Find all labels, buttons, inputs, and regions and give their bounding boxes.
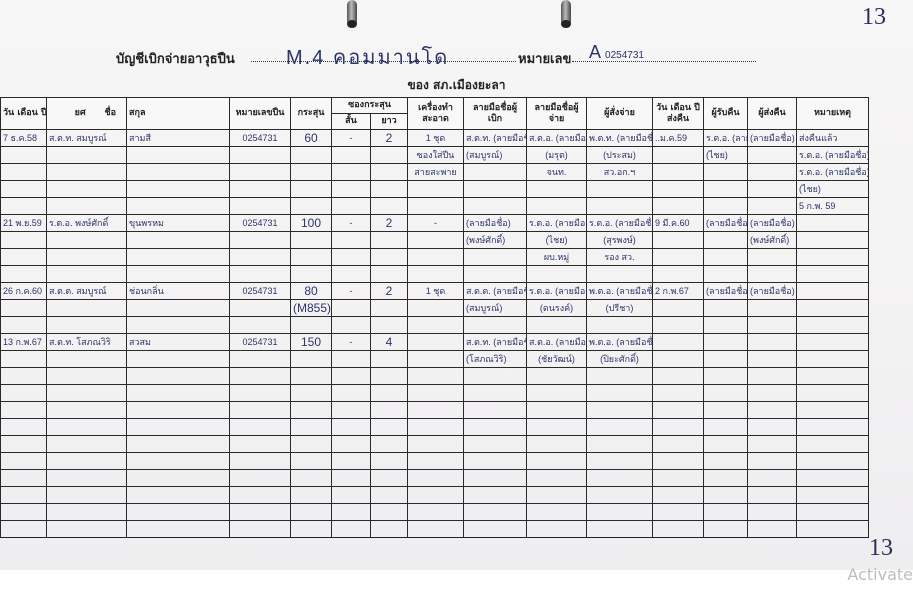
cell-cleaning-kit: 1 ชุด [408, 130, 464, 147]
cell-remarks: (ไชย) [797, 181, 869, 198]
cell-cleaning-kit [408, 368, 464, 385]
cell-surname [127, 317, 230, 334]
col-remarks: หมายเหตุ [797, 98, 869, 130]
cell-gun-number [230, 385, 291, 402]
cell-date [1, 487, 47, 504]
cell-authorizer [587, 453, 653, 470]
cell-bullets [291, 249, 332, 266]
cell-cleaning-kit [408, 436, 464, 453]
cell-return-date [653, 266, 704, 283]
cell-authorizer [587, 487, 653, 504]
cell-gun-number [230, 249, 291, 266]
cell-bullets [291, 385, 332, 402]
cell-remarks: ส่งคืนแล้ว [797, 130, 869, 147]
cell-remarks [797, 521, 869, 538]
cell-receiver [704, 453, 748, 470]
cell-issuer-signature: (มรุต) [527, 147, 587, 164]
cell-magazine-long [371, 470, 408, 487]
cell-bullets [291, 181, 332, 198]
cell-remarks [797, 283, 869, 300]
cell-returner [748, 368, 797, 385]
cell-magazine-short: - [332, 334, 371, 351]
cell-bullets [291, 164, 332, 181]
cell-issuer-signature [527, 198, 587, 215]
cell-cleaning-kit: สายสะพาย [408, 164, 464, 181]
cell-authorizer: พ.ต.อ. (ลายมือชื่อ) [587, 334, 653, 351]
cell-gun-number [230, 419, 291, 436]
cell-withdrawer-signature [464, 368, 527, 385]
cell-magazine-short [332, 521, 371, 538]
cell-bullets [291, 504, 332, 521]
cell-returner [748, 470, 797, 487]
cell-receiver [704, 504, 748, 521]
cell-gun-number [230, 436, 291, 453]
ledger-title-line: บัญชีเบิกจ่ายอาวุธปืน M.4 คอมมานโด หมายเ… [116, 44, 756, 66]
cell-gun-number: 0254731 [230, 215, 291, 232]
cell-cleaning-kit [408, 198, 464, 215]
cell-return-date [653, 317, 704, 334]
cell-authorizer [587, 470, 653, 487]
cell-gun-number: 0254731 [230, 334, 291, 351]
cell-surname [127, 181, 230, 198]
cell-magazine-short [332, 198, 371, 215]
cell-withdrawer-signature [464, 164, 527, 181]
table-row: (พงษ์ศักดิ์)(ไชย)(สุรพงษ์)(พงษ์ศักดิ์) [1, 232, 869, 249]
cell-issuer-signature: ร.ต.อ. (ลายมือชื่อ) [527, 283, 587, 300]
cell-cleaning-kit [408, 453, 464, 470]
cell-magazine-short [332, 453, 371, 470]
table-row [1, 368, 869, 385]
cell-cleaning-kit [408, 402, 464, 419]
ledger-label: บัญชีเบิกจ่ายอาวุธปืน [116, 48, 235, 69]
col-name: ชื่อ [104, 108, 116, 118]
cell-bullets [291, 368, 332, 385]
col-receiver: ผู้รับคืน [704, 98, 748, 130]
cell-remarks [797, 470, 869, 487]
cell-receiver [704, 249, 748, 266]
cell-magazine-long [371, 453, 408, 470]
cell-remarks [797, 402, 869, 419]
cell-surname [127, 521, 230, 538]
cell-authorizer [587, 521, 653, 538]
cell-return-date [653, 470, 704, 487]
cell-gun-number [230, 300, 291, 317]
table-row: ผบ.หมู่รอง สว. [1, 249, 869, 266]
cell-magazine-long: 4 [371, 334, 408, 351]
cell-date [1, 470, 47, 487]
cell-returner [748, 334, 797, 351]
cell-gun-number [230, 147, 291, 164]
cell-issuer-signature: (ไชย) [527, 232, 587, 249]
cell-surname [127, 504, 230, 521]
col-rank-name: ยศ ชื่อ [47, 98, 127, 130]
cell-receiver [704, 351, 748, 368]
cell-return-date [653, 147, 704, 164]
cell-receiver [704, 419, 748, 436]
cell-date: 21 พ.ย.59 [1, 215, 47, 232]
cell-date [1, 402, 47, 419]
cell-rank-name: ส.ต.ต. สมบูรณ์ [47, 283, 127, 300]
cell-magazine-short [332, 368, 371, 385]
cell-cleaning-kit [408, 249, 464, 266]
cell-gun-number: 0254731 [230, 130, 291, 147]
cell-withdrawer-signature [464, 504, 527, 521]
cell-bullets [291, 198, 332, 215]
cell-remarks [797, 351, 869, 368]
cell-magazine-short [332, 232, 371, 249]
cell-magazine-long [371, 521, 408, 538]
cell-magazine-short [332, 504, 371, 521]
cell-issuer-signature: ส.ต.อ. (ลายมือชื่อ) [527, 334, 587, 351]
cell-withdrawer-signature: (โสภณวิริ) [464, 351, 527, 368]
cell-date [1, 368, 47, 385]
cell-return-date [653, 385, 704, 402]
cell-issuer-signature: ผบ.หมู่ [527, 249, 587, 266]
table-row: 13 ก.พ.67ส.ต.ท. โสภณวิริสวสม0254731150-4… [1, 334, 869, 351]
cell-magazine-long: 2 [371, 130, 408, 147]
cell-authorizer [587, 181, 653, 198]
activate-watermark: Activate [847, 565, 913, 584]
cell-receiver [704, 164, 748, 181]
cell-rank-name [47, 181, 127, 198]
cell-cleaning-kit: - [408, 215, 464, 232]
cell-date [1, 147, 47, 164]
cell-rank-name [47, 147, 127, 164]
cell-returner [748, 521, 797, 538]
cell-bullets [291, 351, 332, 368]
cell-cleaning-kit [408, 470, 464, 487]
cell-surname [127, 487, 230, 504]
cell-return-date [653, 181, 704, 198]
cell-remarks [797, 504, 869, 521]
cell-receiver: (ลายมือชื่อ) [704, 283, 748, 300]
col-magazine-short: สั้น [332, 114, 371, 130]
cell-date: 13 ก.พ.67 [1, 334, 47, 351]
cell-rank-name [47, 470, 127, 487]
cell-bullets [291, 453, 332, 470]
cell-bullets [291, 147, 332, 164]
cell-remarks [797, 436, 869, 453]
serial-label: หมายเลข [518, 48, 571, 69]
col-date: วัน เดือน ปี [1, 98, 47, 130]
cell-return-date [653, 504, 704, 521]
cell-rank-name [47, 300, 127, 317]
cell-returner: (ลายมือชื่อ) [748, 130, 797, 147]
cell-issuer-signature [527, 181, 587, 198]
cell-bullets [291, 266, 332, 283]
cell-date [1, 181, 47, 198]
cell-cleaning-kit [408, 419, 464, 436]
cell-date [1, 300, 47, 317]
cell-gun-number: 0254731 [230, 283, 291, 300]
cell-return-date [653, 521, 704, 538]
cell-cleaning-kit [408, 351, 464, 368]
table-row [1, 436, 869, 453]
cell-date [1, 453, 47, 470]
cell-cleaning-kit [408, 317, 464, 334]
binder-ring-right [561, 0, 571, 26]
cell-issuer-signature [527, 368, 587, 385]
cell-rank-name [47, 419, 127, 436]
table-row [1, 402, 869, 419]
page-number-bottom: 13 [869, 535, 893, 562]
cell-magazine-short [332, 385, 371, 402]
cell-date [1, 521, 47, 538]
cell-magazine-long [371, 300, 408, 317]
table-row [1, 453, 869, 470]
ledger-table: วัน เดือน ปี ยศ ชื่อ สกุล หมายเลขปืน กระ… [0, 97, 869, 538]
cell-withdrawer-signature [464, 402, 527, 419]
cell-withdrawer-signature [464, 181, 527, 198]
ledger-page: 13 บัญชีเบิกจ่ายอาวุธปืน M.4 คอมมานโด หม… [0, 0, 913, 570]
cell-issuer-signature [527, 419, 587, 436]
cell-authorizer: (ปิยะศักดิ์) [587, 351, 653, 368]
cell-magazine-short [332, 147, 371, 164]
cell-date: 7 ธ.ค.58 [1, 130, 47, 147]
cell-bullets [291, 521, 332, 538]
cell-issuer-signature [527, 453, 587, 470]
cell-withdrawer-signature [464, 317, 527, 334]
cell-date [1, 351, 47, 368]
cell-authorizer: พ.ต.อ. (ลายมือชื่อ) [587, 283, 653, 300]
cell-remarks: ร.ต.อ. (ลายมือชื่อ) [797, 147, 869, 164]
cell-authorizer: (ประสม) [587, 147, 653, 164]
cell-magazine-long [371, 504, 408, 521]
cell-remarks [797, 317, 869, 334]
cell-returner [748, 436, 797, 453]
cell-surname [127, 436, 230, 453]
cell-withdrawer-signature [464, 487, 527, 504]
cell-returner [748, 300, 797, 317]
col-issuer-signature: ลายมือชื่อผู้จ่าย [527, 98, 587, 130]
ledger-body: 7 ธ.ค.58ส.ต.ท. สมบูรณ์สามสี025473160-21 … [1, 130, 869, 538]
cell-return-date [653, 164, 704, 181]
table-row: 26 ก.ค.60ส.ต.ต. สมบูรณ์ช่อนกลิ่น02547318… [1, 283, 869, 300]
cell-rank-name [47, 249, 127, 266]
cell-gun-number [230, 402, 291, 419]
cell-magazine-short [332, 181, 371, 198]
cell-withdrawer-signature [464, 419, 527, 436]
cell-receiver: (ลายมือชื่อ) [704, 215, 748, 232]
cell-magazine-short [332, 436, 371, 453]
cell-magazine-long [371, 181, 408, 198]
cell-authorizer [587, 436, 653, 453]
cell-receiver [704, 317, 748, 334]
cell-date [1, 164, 47, 181]
cell-magazine-long [371, 487, 408, 504]
cell-remarks: 5 ก.พ. 59 [797, 198, 869, 215]
cell-withdrawer-signature [464, 249, 527, 266]
cell-surname [127, 249, 230, 266]
cell-returner [748, 164, 797, 181]
cell-surname: ช่อนกลิ่น [127, 283, 230, 300]
cell-bullets [291, 436, 332, 453]
cell-gun-number [230, 164, 291, 181]
cell-receiver [704, 470, 748, 487]
cell-gun-number [230, 232, 291, 249]
cell-magazine-short [332, 164, 371, 181]
cell-gun-number [230, 521, 291, 538]
cell-rank-name: ร.ต.อ. พงษ์ศักดิ์ [47, 215, 127, 232]
cell-bullets: 150 [291, 334, 332, 351]
cell-receiver [704, 521, 748, 538]
cell-authorizer [587, 402, 653, 419]
cell-bullets [291, 232, 332, 249]
cell-returner [748, 266, 797, 283]
cell-magazine-long [371, 436, 408, 453]
table-row [1, 317, 869, 334]
cell-receiver [704, 402, 748, 419]
cell-magazine-long [371, 419, 408, 436]
cell-return-date [653, 453, 704, 470]
cell-authorizer [587, 385, 653, 402]
cell-remarks [797, 334, 869, 351]
cell-rank-name [47, 385, 127, 402]
cell-magazine-short [332, 402, 371, 419]
cell-authorizer: ร.ต.อ. (ลายมือชื่อ) [587, 215, 653, 232]
cell-cleaning-kit: ซองใส่ปืน [408, 147, 464, 164]
cell-magazine-long [371, 147, 408, 164]
cell-bullets [291, 419, 332, 436]
cell-remarks [797, 249, 869, 266]
cell-magazine-long [371, 351, 408, 368]
cell-withdrawer-signature: ส.ต.ท. (ลายมือชื่อ) [464, 130, 527, 147]
cell-bullets: 100 [291, 215, 332, 232]
cell-surname [127, 164, 230, 181]
table-row [1, 419, 869, 436]
cell-remarks [797, 266, 869, 283]
cell-remarks [797, 368, 869, 385]
col-withdrawer-signature: ลายมือชื่อผู้เบิก [464, 98, 527, 130]
cell-returner [748, 249, 797, 266]
cell-returner [748, 351, 797, 368]
cell-returner [748, 453, 797, 470]
cell-return-date [653, 249, 704, 266]
cell-date [1, 249, 47, 266]
table-row: 21 พ.ย.59ร.ต.อ. พงษ์ศักดิ์ขุนพรหม0254731… [1, 215, 869, 232]
cell-issuer-signature [527, 521, 587, 538]
table-row: ซองใส่ปืน(สมบูรณ์)(มรุต)(ประสม)(ไชย)ร.ต.… [1, 147, 869, 164]
cell-magazine-short [332, 266, 371, 283]
col-gun-number: หมายเลขปืน [230, 98, 291, 130]
cell-return-date [653, 402, 704, 419]
cell-surname [127, 453, 230, 470]
cell-authorizer [587, 198, 653, 215]
cell-withdrawer-signature: ส.ต.ต. (ลายมือชื่อ) [464, 283, 527, 300]
cell-returner: (พงษ์ศักดิ์) [748, 232, 797, 249]
cell-bullets: (M855) [291, 300, 332, 317]
cell-withdrawer-signature [464, 198, 527, 215]
cell-receiver [704, 198, 748, 215]
cell-magazine-long [371, 385, 408, 402]
cell-withdrawer-signature [464, 266, 527, 283]
weapon-type-value: M.4 คอมมานโด [286, 41, 449, 73]
cell-cleaning-kit [408, 385, 464, 402]
cell-authorizer [587, 504, 653, 521]
cell-magazine-short [332, 317, 371, 334]
cell-return-date [653, 232, 704, 249]
cell-rank-name [47, 453, 127, 470]
cell-gun-number [230, 181, 291, 198]
cell-return-date: 9 มี.ค.60 [653, 215, 704, 232]
col-magazine-long: ยาว [371, 114, 408, 130]
table-row: 5 ก.พ. 59 [1, 198, 869, 215]
cell-magazine-short [332, 487, 371, 504]
cell-returner [748, 419, 797, 436]
col-returner: ผู้ส่งคืน [748, 98, 797, 130]
cell-returner [748, 181, 797, 198]
cell-magazine-short [332, 419, 371, 436]
cell-date [1, 198, 47, 215]
cell-receiver [704, 385, 748, 402]
cell-issuer-signature: จนท. [527, 164, 587, 181]
cell-bullets [291, 317, 332, 334]
cell-withdrawer-signature [464, 521, 527, 538]
cell-magazine-long [371, 266, 408, 283]
cell-date [1, 232, 47, 249]
cell-cleaning-kit [408, 266, 464, 283]
cell-issuer-signature [527, 470, 587, 487]
cell-bullets [291, 487, 332, 504]
cell-gun-number [230, 453, 291, 470]
cell-returner [748, 402, 797, 419]
cell-withdrawer-signature [464, 385, 527, 402]
cell-surname [127, 147, 230, 164]
serial-value: A 0254731 [589, 42, 644, 63]
cell-gun-number [230, 470, 291, 487]
cell-return-date [653, 334, 704, 351]
cell-gun-number [230, 317, 291, 334]
serial-number: 0254731 [605, 50, 644, 61]
cell-rank-name [47, 164, 127, 181]
cell-surname [127, 198, 230, 215]
owner-line: ของ สภ.เมืองยะลา [0, 76, 913, 95]
cell-issuer-signature [527, 402, 587, 419]
cell-returner [748, 198, 797, 215]
cell-magazine-short [332, 351, 371, 368]
cell-rank-name [47, 436, 127, 453]
cell-rank-name [47, 521, 127, 538]
cell-magazine-short [332, 249, 371, 266]
cell-authorizer: (สุรพงษ์) [587, 232, 653, 249]
cell-rank-name [47, 368, 127, 385]
cell-remarks [797, 487, 869, 504]
cell-rank-name [47, 351, 127, 368]
cell-magazine-long [371, 368, 408, 385]
cell-withdrawer-signature: (พงษ์ศักดิ์) [464, 232, 527, 249]
cell-surname [127, 419, 230, 436]
cell-surname [127, 351, 230, 368]
cell-withdrawer-signature [464, 453, 527, 470]
cell-date: 26 ก.ค.60 [1, 283, 47, 300]
cell-return-date [653, 487, 704, 504]
cell-magazine-long [371, 232, 408, 249]
cell-receiver [704, 300, 748, 317]
col-bullets: กระสุน [291, 98, 332, 130]
cell-returner: (ลายมือชื่อ) [748, 283, 797, 300]
cell-surname [127, 232, 230, 249]
binder-ring-left [347, 0, 357, 26]
cell-issuer-signature [527, 385, 587, 402]
cell-receiver [704, 334, 748, 351]
cell-magazine-long: 2 [371, 283, 408, 300]
cell-issuer-signature [527, 487, 587, 504]
cell-rank-name: ส.ต.ท. โสภณวิริ [47, 334, 127, 351]
cell-gun-number [230, 487, 291, 504]
cell-issuer-signature [527, 266, 587, 283]
cell-date [1, 436, 47, 453]
cell-withdrawer-signature [464, 436, 527, 453]
